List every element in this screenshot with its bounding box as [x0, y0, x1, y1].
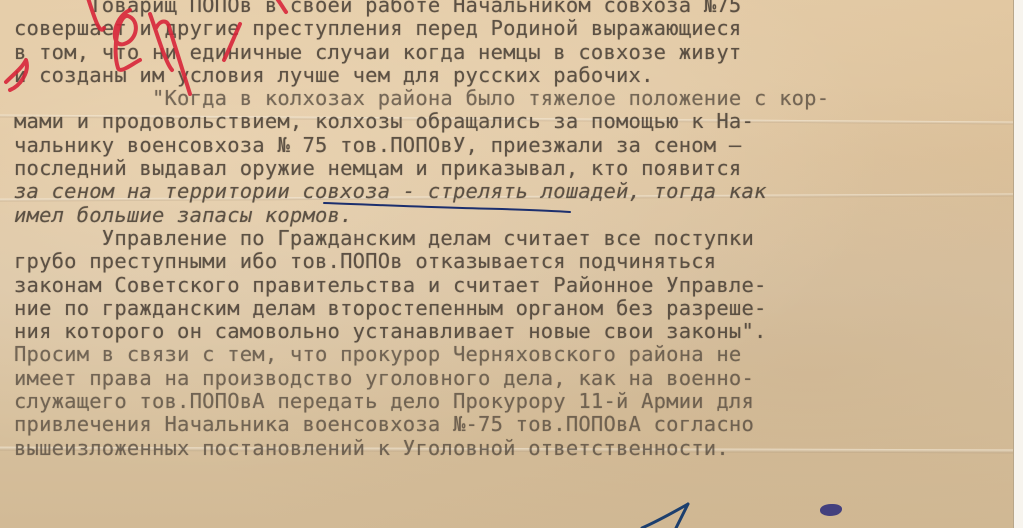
text-line: совершает и другие преступления перед Ро…: [14, 17, 1013, 40]
text-line: "Когда в колхозах района было тяжелое по…: [14, 87, 1013, 110]
text-line: служащего тов.ПОПОвА передать дело Проку…: [14, 390, 1013, 413]
text-line: вышеизложенных постановлений к Уголовной…: [14, 437, 1013, 460]
text-line: в том, что ни единичные случаи когда нем…: [14, 41, 1013, 64]
text-line: имеет права на производство уголовного д…: [14, 367, 1013, 390]
scan-margin-strip: [1013, 0, 1023, 528]
text-line: последний выдавал оружие немцам и приказ…: [14, 157, 1013, 180]
text-line: и созданы им условия лучше чем для русск…: [14, 64, 1013, 87]
text-line: чальнику военсовхоза № 75 тов.ПОПОвУ, пр…: [14, 134, 1013, 157]
text-line: ние по гражданским делам второстепенным …: [14, 297, 1013, 320]
text-line: за сеном на территории совхоза - стрелят…: [14, 180, 1013, 203]
text-line: ния которого он самовольно устанавливает…: [14, 320, 1013, 343]
text-line: Просим в связи с тем, что прокурор Черня…: [14, 343, 1013, 366]
text-line: Товарищ ПОПОв в своей работе Начальником…: [14, 0, 1013, 17]
text-line: мами и продовольствием, колхозы обращали…: [14, 110, 1013, 133]
text-line: законам Советского правительства и счита…: [14, 274, 1013, 297]
text-line: грубо преступными ибо тов.ПОПОв отказыва…: [14, 250, 1013, 273]
blue-pen-stroke: [640, 500, 760, 528]
text-line: привлечения Начальника военсовхоза №-75 …: [14, 413, 1013, 436]
text-line: Управление по Гражданским делам считает …: [14, 227, 1013, 250]
text-line: имел большие запасы кормов.: [14, 204, 1013, 227]
typewritten-text-body: Товарищ ПОПОв в своей работе Начальником…: [14, 0, 1013, 460]
scanned-document-page: Товарищ ПОПОв в своей работе Начальником…: [0, 0, 1013, 528]
blue-ink-blot: [820, 504, 842, 516]
